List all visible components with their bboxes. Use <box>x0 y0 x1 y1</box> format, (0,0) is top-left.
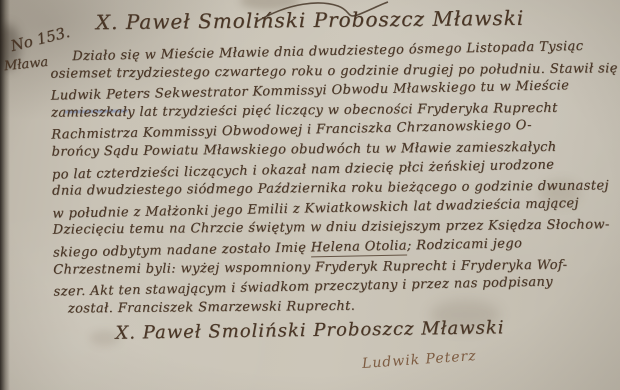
priest-signature: X. Paweł Smoliński Proboszcz Mławski <box>0 316 620 346</box>
record-place-margin: Mława <box>3 55 48 75</box>
line-text-after-name: ; Rodzicami jego <box>407 236 523 253</box>
manuscript-page: X. Paweł Smoliński Proboszcz Mławski No … <box>0 0 620 390</box>
secondary-signature: Ludwik Peterz <box>362 348 478 372</box>
child-name-underlined: Helena Otolia <box>311 238 407 257</box>
record-body: Działo się w Mieście Mławie dnia dwudzie… <box>50 38 610 320</box>
record-header-title: X. Paweł Smoliński Proboszcz Mławski <box>0 5 620 35</box>
line-text-before-name: skiego odbytym nadane zostało Imię <box>53 240 311 260</box>
